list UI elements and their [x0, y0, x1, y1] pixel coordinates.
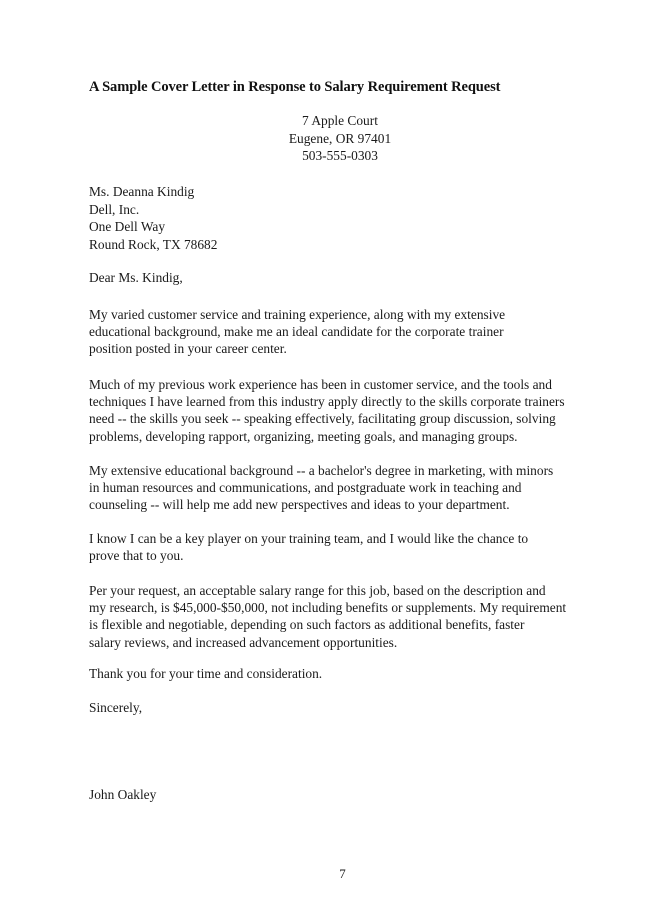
paragraph-line: I know I can be a key player on your tra… [89, 530, 589, 547]
page-number: 7 [0, 866, 669, 882]
salutation: Dear Ms. Kindig, [89, 269, 589, 286]
paragraph-experience: Much of my previous work experience has … [89, 376, 589, 445]
paragraph-intro: My varied customer service and training … [89, 306, 589, 358]
sender-address: 7 Apple Court Eugene, OR 97401 503-555-0… [240, 112, 440, 165]
signature: John Oakley [89, 786, 589, 803]
document-title: A Sample Cover Letter in Response to Sal… [89, 79, 500, 96]
paragraph-thanks: Thank you for your time and consideratio… [89, 665, 589, 682]
recipient-city: Round Rock, TX 78682 [89, 236, 217, 254]
paragraph-key-player: I know I can be a key player on your tra… [89, 530, 589, 564]
paragraph-line: Much of my previous work experience has … [89, 376, 589, 393]
paragraph-education: My extensive educational background -- a… [89, 462, 589, 514]
paragraph-line: salary reviews, and increased advancemen… [89, 634, 589, 651]
paragraph-line: techniques I have learned from this indu… [89, 393, 589, 410]
paragraph-line: my research, is $45,000-$50,000, not inc… [89, 599, 589, 616]
recipient-name: Ms. Deanna Kindig [89, 183, 217, 201]
paragraph-line: prove that to you. [89, 547, 589, 564]
sender-city: Eugene, OR 97401 [240, 130, 440, 148]
closing: Sincerely, [89, 699, 589, 716]
recipient-address: Ms. Deanna Kindig Dell, Inc. One Dell Wa… [89, 183, 217, 253]
paragraph-line: is flexible and negotiable, depending on… [89, 616, 589, 633]
paragraph-line: Thank you for your time and consideratio… [89, 665, 589, 682]
paragraph-line: need -- the skills you seek -- speaking … [89, 410, 589, 427]
paragraph-line: in human resources and communications, a… [89, 479, 589, 496]
paragraph-line: My extensive educational background -- a… [89, 462, 589, 479]
sender-phone: 503-555-0303 [240, 147, 440, 165]
recipient-street: One Dell Way [89, 218, 217, 236]
paragraph-line: problems, developing rapport, organizing… [89, 428, 589, 445]
paragraph-line: My varied customer service and training … [89, 306, 589, 323]
paragraph-line: position posted in your career center. [89, 340, 589, 357]
paragraph-salary: Per your request, an acceptable salary r… [89, 582, 589, 651]
paragraph-line: Per your request, an acceptable salary r… [89, 582, 589, 599]
recipient-company: Dell, Inc. [89, 201, 217, 219]
letter-page: A Sample Cover Letter in Response to Sal… [0, 0, 669, 897]
paragraph-line: counseling -- will help me add new persp… [89, 496, 589, 513]
paragraph-line: educational background, make me an ideal… [89, 323, 589, 340]
sender-street: 7 Apple Court [240, 112, 440, 130]
